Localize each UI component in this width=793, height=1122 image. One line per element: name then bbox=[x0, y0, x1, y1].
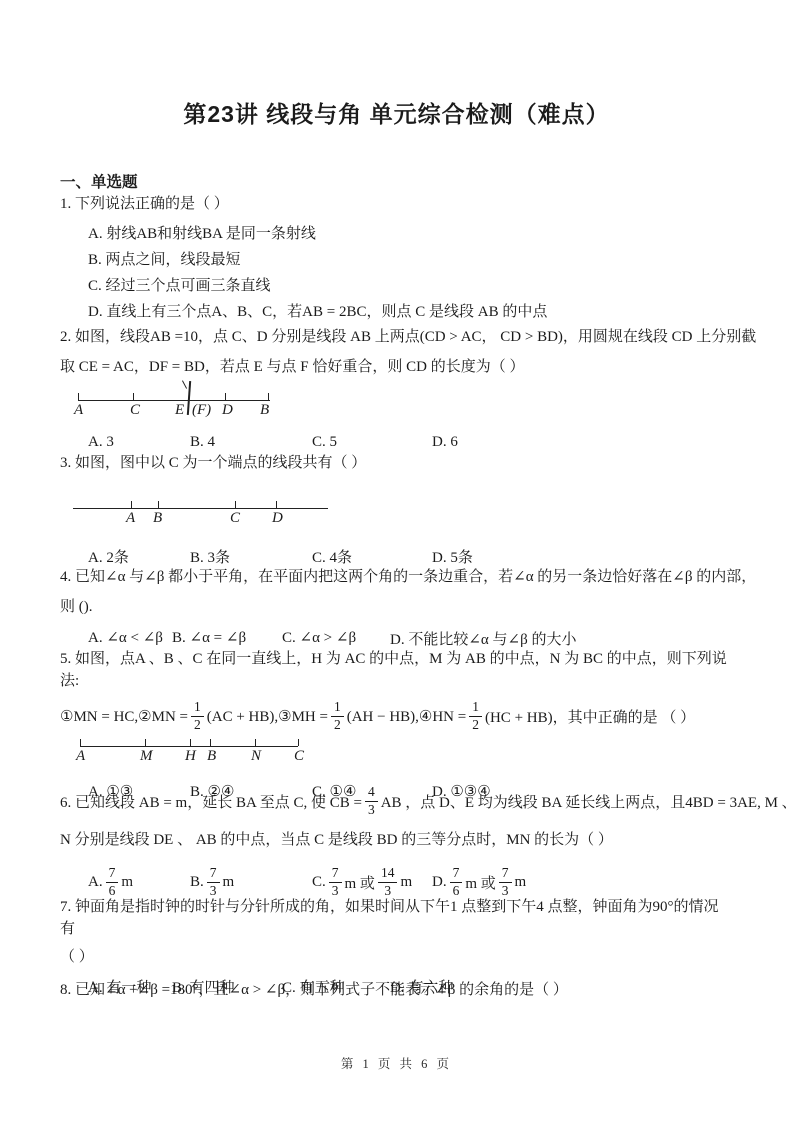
tick-mark bbox=[131, 501, 132, 508]
q2-option-a: A. 3 bbox=[88, 434, 114, 451]
tick-mark bbox=[298, 739, 299, 746]
q4-option-d: D. 不能比较∠α 与∠β 的大小 bbox=[390, 628, 576, 649]
q2-option-b: B. 4 bbox=[190, 434, 215, 451]
q5-formula: ①MN = HC,②MN = 12(AC + HB),③MH = 12(AH −… bbox=[60, 696, 733, 736]
point-label-n: N bbox=[251, 748, 261, 765]
q6-stem-line2: N 分别是线段 DE 、 AB 的中点，当点 C 是线段 BD 的三等分点时，M… bbox=[60, 825, 733, 855]
q8-stem: 8. 已知∠α +∠β =180°，且∠α > ∠β，则下列式子不能表示∠β 的… bbox=[60, 979, 733, 1001]
q1-option-a: A. 射线AB和射线BA 是同一条射线 bbox=[60, 221, 733, 247]
question-4: 4. 已知∠α 与∠β 都小于平角，在平面内把这两个角的一条边重合，若∠α 的另… bbox=[60, 562, 733, 648]
question-1: 1. 下列说法正确的是（ ） A. 射线AB和射线BA 是同一条射线 B. 两点… bbox=[60, 193, 733, 325]
point-label-c: C bbox=[130, 402, 140, 419]
q4-option-a: A. ∠α < ∠β bbox=[88, 628, 163, 647]
point-label-e: E bbox=[175, 402, 184, 419]
point-label-f: (F) bbox=[192, 402, 211, 419]
tick-mark bbox=[276, 501, 277, 508]
point-label-m: M bbox=[140, 748, 153, 765]
question-2: 2. 如图，线段AB =10，点 C、D 分别是线段 AB 上两点(CD > A… bbox=[60, 322, 733, 454]
tick-mark bbox=[80, 739, 81, 746]
tick-mark bbox=[145, 739, 146, 746]
q4-option-c: C. ∠α > ∠β bbox=[282, 628, 356, 647]
point-label-d: D bbox=[222, 402, 233, 419]
question-6: 6. 已知线段 AB = m，延长 BA 至点 C, 使 CB = 43AB ，… bbox=[60, 779, 733, 905]
q1-option-c: C. 经过三个点可画三条直线 bbox=[60, 273, 733, 299]
q4-option-b: B. ∠α = ∠β bbox=[172, 628, 246, 647]
point-label-d: D bbox=[272, 510, 283, 527]
question-8: 8. 已知∠α +∠β =180°，且∠α > ∠β，则下列式子不能表示∠β 的… bbox=[60, 979, 733, 1001]
page-footer: 第 1 页 共 6 页 bbox=[0, 1054, 793, 1072]
q2-option-c: C. 5 bbox=[312, 434, 337, 451]
q6-stem-line1: 6. 已知线段 AB = m，延长 BA 至点 C, 使 CB = 43AB ，… bbox=[60, 779, 733, 823]
q2-figure: A C E (F) D B bbox=[60, 384, 733, 426]
q7-stem-line2: （ ） bbox=[60, 946, 733, 968]
point-label-h: H bbox=[185, 748, 196, 765]
point-label-b: B bbox=[260, 402, 269, 419]
q5-figure: A M H B N C bbox=[60, 736, 733, 776]
section-header: 一、单选题 bbox=[60, 170, 733, 192]
q4-options: A. ∠α < ∠β B. ∠α = ∠β C. ∠α > ∠β D. 不能比较… bbox=[60, 628, 733, 648]
tick-mark bbox=[255, 739, 256, 746]
point-label-b: B bbox=[207, 748, 216, 765]
segment-line bbox=[73, 508, 328, 509]
worksheet-page: 第23讲 线段与角 单元综合检测（难点） 一、单选题 1. 下列说法正确的是（ … bbox=[0, 0, 793, 1122]
page-title: 第23讲 线段与角 单元综合检测（难点） bbox=[0, 96, 793, 129]
point-label-a: A bbox=[126, 510, 135, 527]
tick-mark bbox=[133, 393, 134, 400]
compass-mark bbox=[187, 381, 191, 415]
q4-stem-line2: 则 (). bbox=[60, 592, 733, 622]
tick-mark bbox=[225, 393, 226, 400]
q2-stem-line1: 2. 如图，线段AB =10，点 C、D 分别是线段 AB 上两点(CD > A… bbox=[60, 322, 733, 352]
q2-option-d: D. 6 bbox=[432, 434, 458, 451]
question-3: 3. 如图，图中以 C 为一个端点的线段共有（ ） A B C D A. 2条 … bbox=[60, 452, 733, 566]
q3-stem: 3. 如图，图中以 C 为一个端点的线段共有（ ） bbox=[60, 452, 733, 474]
q4-stem-line1: 4. 已知∠α 与∠β 都小于平角，在平面内把这两个角的一条边重合，若∠α 的另… bbox=[60, 562, 733, 592]
q1-option-b: B. 两点之间，线段最短 bbox=[60, 247, 733, 273]
point-label-b: B bbox=[153, 510, 162, 527]
q2-stem-line2: 取 CE = AC，DF = BD，若点 E 与点 F 恰好重合，则 CD 的长… bbox=[60, 352, 733, 382]
tick-mark bbox=[190, 739, 191, 746]
q2-options: A. 3 B. 4 C. 5 D. 6 bbox=[60, 434, 733, 454]
q3-figure: A B C D bbox=[60, 498, 733, 538]
point-label-c: C bbox=[230, 510, 240, 527]
tick-mark bbox=[158, 501, 159, 508]
tick-mark bbox=[78, 393, 79, 400]
segment-line bbox=[80, 746, 298, 747]
q7-stem-line1: 7. 钟面角是指时钟的时针与分针所成的角，如果时间从下午1 点整到下午4 点整，… bbox=[60, 896, 733, 940]
point-label-a: A bbox=[74, 402, 83, 419]
q1-stem: 1. 下列说法正确的是（ ） bbox=[60, 193, 733, 215]
point-label-c: C bbox=[294, 748, 304, 765]
point-label-a: A bbox=[76, 748, 85, 765]
q5-stem: 5. 如图，点A 、B 、C 在同一直线上，H 为 AC 的中点，M 为 AB … bbox=[60, 648, 733, 692]
segment-line bbox=[78, 400, 270, 401]
tick-mark bbox=[268, 393, 269, 400]
tick-mark bbox=[235, 501, 236, 508]
tick-mark bbox=[210, 739, 211, 746]
